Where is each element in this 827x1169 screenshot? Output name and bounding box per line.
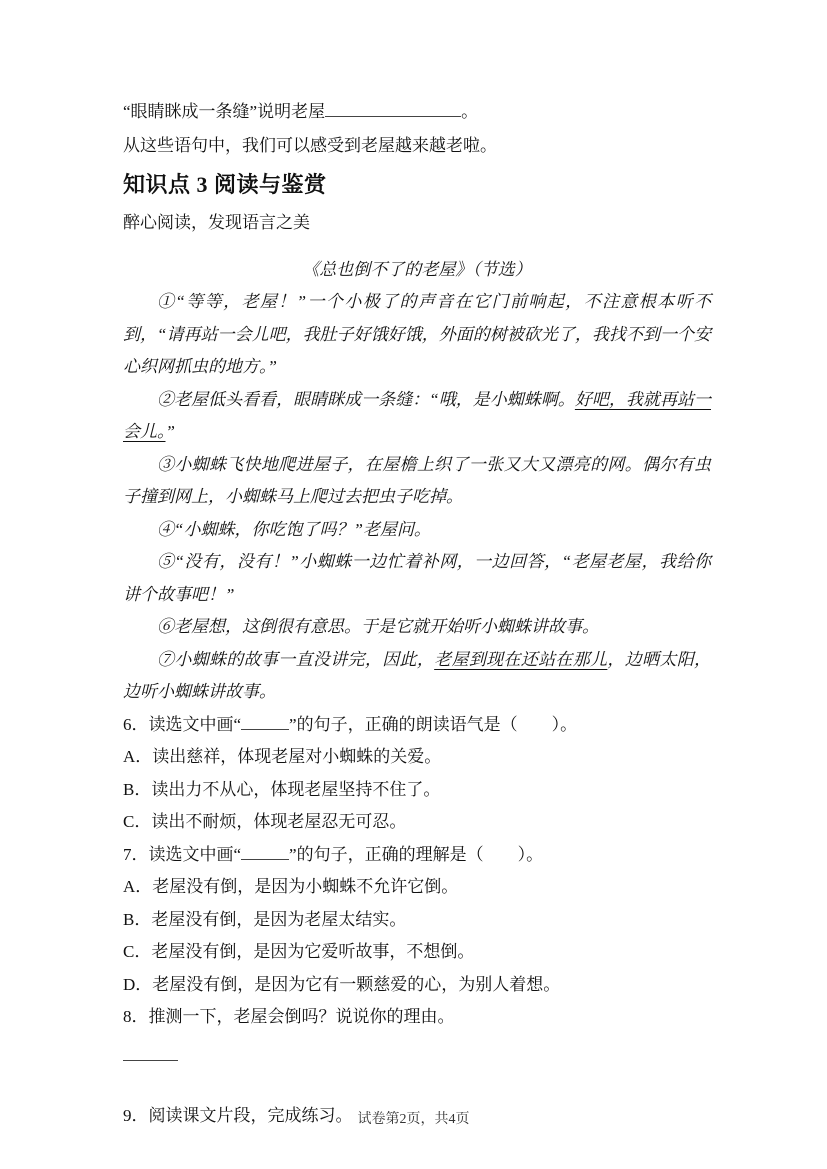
- question-6-prefix: 6．读选文中画“: [123, 715, 241, 734]
- fill-blank-sentence: “眼睛眯成一条缝”说明老屋。: [123, 95, 711, 129]
- passage-paragraph-1: ①“等等，老屋！”一个小极了的声音在它门前响起，不注意根本听不到，“请再站一会儿…: [123, 286, 711, 384]
- question-8-answer-blank-line: [123, 1044, 178, 1061]
- question-6-option-c: C．读出不耐烦，体现老屋忍无可忍。: [123, 806, 711, 839]
- page-content: “眼睛眯成一条缝”说明老屋。 从这些语句中，我们可以感受到老屋越来越老啦。 知识…: [123, 95, 711, 1133]
- question-7-option-b: B．老屋没有倒，是因为老屋太结实。: [123, 904, 711, 937]
- question-8: 8．推测一下，老屋会倒吗？说说你的理由。: [123, 1001, 711, 1034]
- reading-lead: 醉心阅读，发现语言之美: [123, 206, 711, 240]
- paragraph-7-text: ⑦小蜘蛛的故事一直没讲完，因此，: [157, 650, 434, 669]
- section-heading: 知识点 3 阅读与鉴赏: [123, 170, 711, 200]
- summary-sentence: 从这些语句中，我们可以感受到老屋越来越老啦。: [123, 129, 711, 163]
- question-6-option-a: A．读出慈祥，体现老屋对小蜘蛛的关爱。: [123, 741, 711, 774]
- question-7-blank-line: [241, 843, 289, 860]
- question-7-prefix: 7．读选文中画“: [123, 845, 241, 864]
- question-6-blank-line: [241, 713, 289, 730]
- passage-title: 《总也倒不了的老屋》（节选）: [123, 254, 711, 287]
- passage-paragraph-4: ④“小蜘蛛，你吃饱了吗？”老屋问。: [123, 514, 711, 547]
- passage: ①“等等，老屋！”一个小极了的声音在它门前响起，不注意根本听不到，“请再站一会儿…: [123, 286, 711, 709]
- question-7-option-a: A．老屋没有倒，是因为小蜘蛛不允许它倒。: [123, 871, 711, 904]
- question-section: 6．读选文中画“”的句子，正确的朗读语气是（ ）。 A．读出慈祥，体现老屋对小蜘…: [123, 709, 711, 1133]
- passage-paragraph-2: ②老屋低头看看，眼睛眯成一条缝：“哦，是小蜘蛛啊。好吧，我就再站一会儿。”: [123, 384, 711, 449]
- question-6-suffix: ”的句子，正确的朗读语气是（ ）。: [289, 715, 577, 734]
- paragraph-2-closing-quote: ”: [166, 422, 175, 441]
- passage-paragraph-5: ⑤“没有，没有！”小蜘蛛一边忙着补网，一边回答，“老屋老屋，我给你讲个故事吧！”: [123, 546, 711, 611]
- question-7-option-c: C．老屋没有倒，是因为它爱听故事，不想倒。: [123, 936, 711, 969]
- question-6-option-b: B．读出力不从心，体现老屋坚持不住了。: [123, 774, 711, 807]
- paragraph-7-underlined-text: 老屋到现在还站在那儿: [434, 650, 607, 669]
- test-paper-page: “眼睛眯成一条缝”说明老屋。 从这些语句中，我们可以感受到老屋越来越老啦。 知识…: [0, 0, 827, 1169]
- answer-blank-line: [325, 100, 461, 117]
- passage-paragraph-3: ③小蜘蛛飞快地爬进屋子，在屋檐上织了一张又大又漂亮的网。偶尔有虫子撞到网上，小蜘…: [123, 449, 711, 514]
- question-7-suffix: ”的句子，正确的理解是（ ）。: [289, 845, 543, 864]
- passage-paragraph-6: ⑥老屋想，这倒很有意思。于是它就开始听小蜘蛛讲故事。: [123, 611, 711, 644]
- paragraph-2-text: ②老屋低头看看，眼睛眯成一条缝：“哦，是小蜘蛛啊。: [157, 390, 575, 409]
- question-6: 6．读选文中画“”的句子，正确的朗读语气是（ ）。: [123, 709, 711, 742]
- question-8-answer-row: [123, 1040, 711, 1073]
- question-7-option-d: D．老屋没有倒，是因为它有一颗慈爱的心，为别人着想。: [123, 969, 711, 1002]
- fill-blank-prefix: “眼睛眯成一条缝”说明老屋: [123, 102, 325, 121]
- page-footer: 试卷第2页，共4页: [0, 1108, 827, 1128]
- question-7: 7．读选文中画“”的句子，正确的理解是（ ）。: [123, 839, 711, 872]
- fill-blank-suffix: 。: [461, 102, 478, 121]
- passage-paragraph-7: ⑦小蜘蛛的故事一直没讲完，因此，老屋到现在还站在那儿，边晒太阳，边听小蜘蛛讲故事…: [123, 644, 711, 709]
